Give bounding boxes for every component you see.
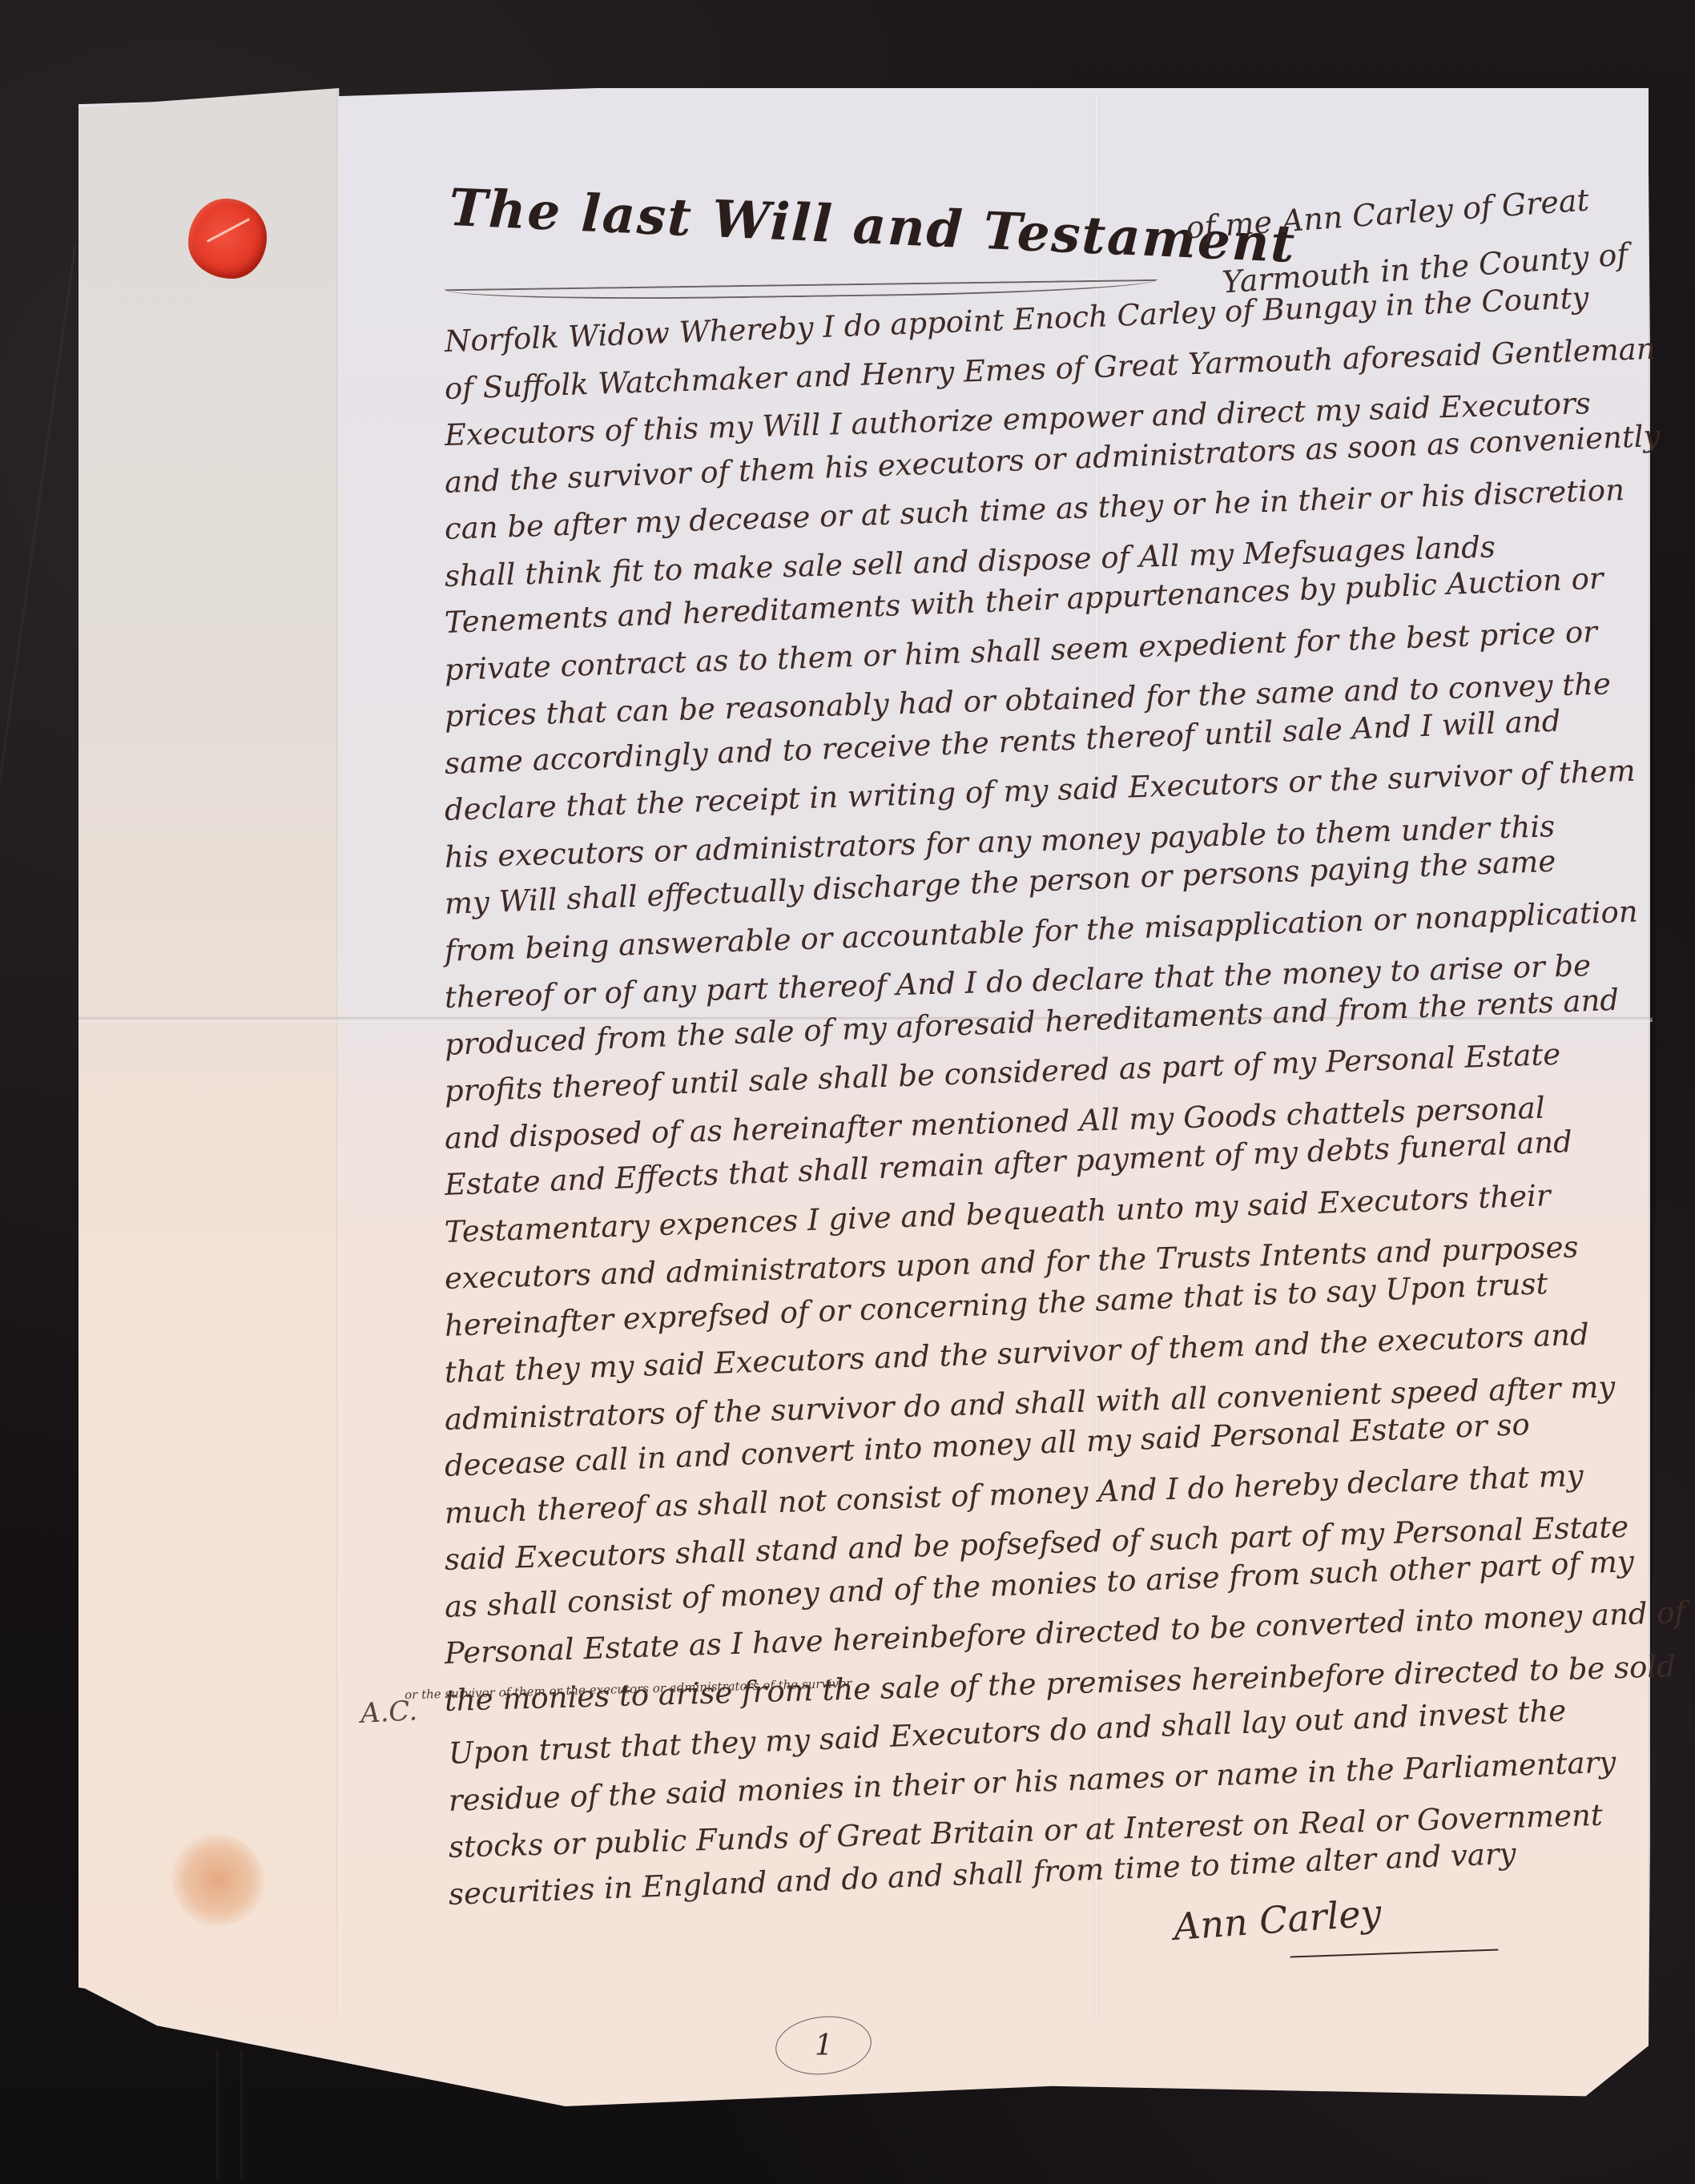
margin-initials: A.C.	[360, 1695, 418, 1730]
page-number: 1	[815, 2029, 833, 2062]
background-texture	[216, 2050, 219, 2178]
document-left-panel	[79, 88, 339, 2026]
background-texture	[0, 243, 77, 958]
background-texture	[240, 2050, 243, 2178]
vertical-fold-line	[336, 88, 340, 2010]
wax-seal	[188, 199, 267, 279]
